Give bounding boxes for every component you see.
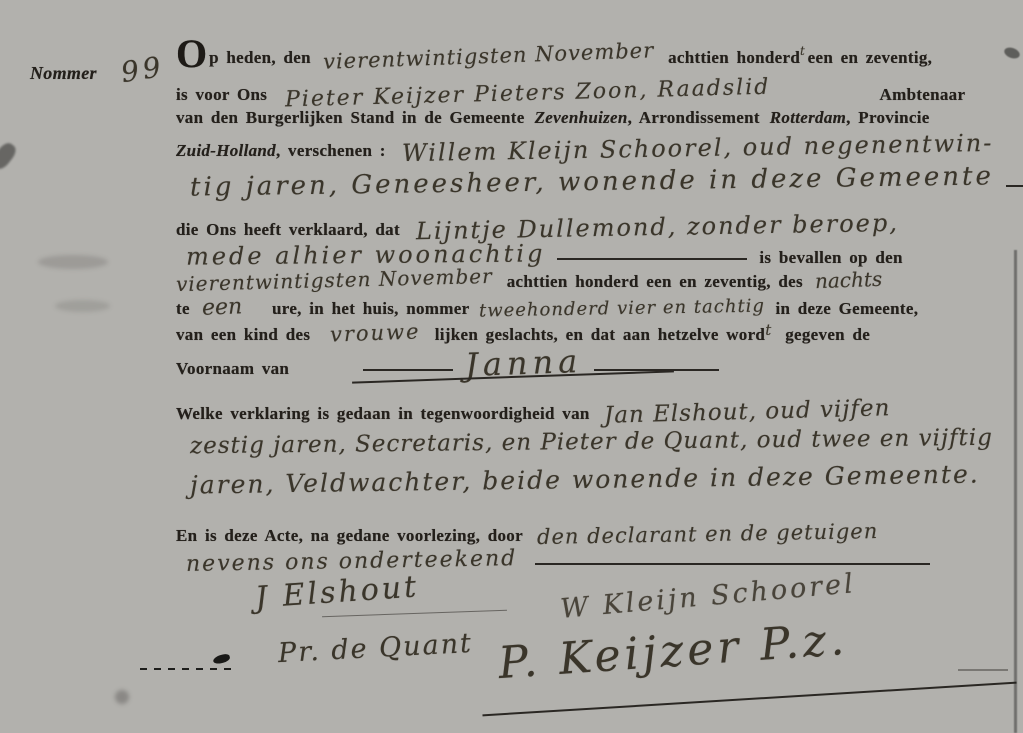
printed-ambtenaar: Ambtenaar: [880, 85, 966, 104]
printed-year-2: achttien honderd een en zeventig, des: [507, 272, 803, 291]
signature-block-official: P. Keijzer P.z.: [498, 624, 848, 679]
handwritten-hour: een: [201, 293, 242, 322]
printed-op-heden: p heden, den: [209, 48, 311, 67]
scan-edge-line: [1014, 250, 1017, 733]
scan-smudge-top-right: [1003, 46, 1021, 61]
line-witnesses-continued: zestig jaren, Secretaris, en Pieter de Q…: [190, 428, 993, 457]
line-witnesses: Welke verklaring is gedaan in tegenwoord…: [176, 398, 890, 427]
line-mother-continued: mede alhier woonachtig is bevallen op de…: [186, 240, 903, 270]
printed-en-is-deze-acte: En is deze Acte, na gedane voorlezing, d…: [176, 526, 523, 545]
line-closing: En is deze Acte, na gedane voorlezing, d…: [176, 521, 878, 547]
bleed-through-mark: [55, 300, 110, 312]
handwritten-witness2: zestig jaren, Secretaris, en Pieter de Q…: [190, 424, 993, 461]
margin-note: Nommer 99: [30, 52, 164, 87]
line-official: is voor Ons Pieter Keijzer Pieters Zoon,…: [176, 80, 965, 108]
printed-welke-verklaring: Welke verklaring is gedaan in tegenwoord…: [176, 404, 590, 423]
line-child-name: Voornaam van Janna: [176, 343, 727, 383]
line-opening-date: Op heden, den vierentwintigsten November…: [176, 38, 932, 70]
district-name: Rotterdam: [770, 108, 846, 127]
pen-stroke: [363, 369, 453, 371]
act-number-label: Nommer: [30, 63, 97, 83]
printed-burgerlijke-stand: van den Burgerlijken Stand in de Gemeent…: [176, 108, 525, 127]
handwritten-sup-t: t: [765, 321, 771, 340]
drop-cap-O: O: [176, 31, 207, 76]
handwritten-witness-residence: jaren, Veldwachter, beide wonende in dez…: [190, 458, 980, 500]
printed-huis-nommer: ure, in het huis, nommer: [272, 299, 469, 318]
scan-smudge-left: [0, 140, 19, 172]
pen-underline-signature-official: [482, 682, 1016, 717]
line-birth-place: te een ure, in het huis, nommer tweehond…: [176, 294, 918, 322]
bleed-through-mark: [38, 255, 108, 269]
printed-voornaam-van: Voornaam van: [176, 359, 289, 378]
scan-dash-right: [958, 669, 1008, 671]
printed-provincie: , Provincie: [846, 108, 929, 127]
handwritten-declarant-details: tig jaren, Geneesheer, wonende in deze G…: [190, 160, 994, 204]
pen-stroke: [1006, 185, 1023, 187]
municipality-name: Zevenhuizen: [535, 108, 628, 127]
line-birth-date: vierentwintigsten November achttien hond…: [176, 268, 882, 293]
signature-witness2: Pr. de Quant: [277, 627, 473, 671]
signature-official: P. Keijzer P.z.: [497, 612, 850, 691]
ink-dashes: [140, 668, 236, 670]
line-witnesses-residence: jaren, Veldwachter, beide wonende in dez…: [190, 464, 980, 495]
handwritten-birth-date-1: vierentwintigsten November: [322, 37, 654, 75]
correction-t: t: [800, 44, 805, 58]
line-declarant: Zuid-Holland, verschenen : Willem Kleijn…: [176, 133, 993, 163]
signature-witness1: J Elshout: [254, 568, 420, 617]
signature-block-witness2: Pr. de Quant: [278, 632, 473, 666]
birth-certificate-scan: Nommer 99 Op heden, den vierentwintigste…: [0, 0, 1023, 733]
printed-is-voor-ons: is voor Ons: [176, 85, 267, 104]
printed-te: te: [176, 299, 190, 318]
handwritten-house-number: tweehonderd vier en tachtig: [479, 296, 765, 323]
printed-gegeven-de: gegeven de: [785, 325, 870, 344]
signature-block: J Elshout: [255, 574, 419, 612]
pen-stroke: [557, 258, 747, 260]
act-number: 99: [118, 49, 167, 90]
province-name: Zuid-Holland: [176, 141, 276, 160]
paper-stain: [115, 690, 129, 704]
printed-verklaard-dat: die Ons heeft verklaard, dat: [176, 220, 400, 239]
handwritten-closing: den declarant en de getuigen: [537, 518, 879, 550]
printed-is-bevallen: is bevallen op den: [759, 248, 902, 267]
ink-blot: [212, 653, 230, 665]
printed-van-een-kind: van een kind des: [176, 325, 310, 344]
line-declarant-continued: tig jaren, Geneesheer, wonende in deze G…: [190, 166, 1023, 199]
handwritten-daypart: nachts: [814, 267, 882, 294]
line-municipality: van den Burgerlijken Stand in de Gemeent…: [176, 107, 930, 129]
printed-in-deze-gemeente: in deze Gemeente,: [775, 299, 918, 318]
pen-stroke: [535, 563, 930, 565]
signature-block-declarant: W Kleijn Schoorel: [560, 580, 856, 614]
printed-arrondissement: , Arrondissement: [628, 108, 760, 127]
printed-geslachts: lijken geslachts, en dat aan hetzelve wo…: [435, 325, 765, 344]
handwritten-birth-date-2: vierentwintigsten November: [176, 264, 493, 297]
printed-verschenen: , verschenen :: [276, 141, 386, 160]
